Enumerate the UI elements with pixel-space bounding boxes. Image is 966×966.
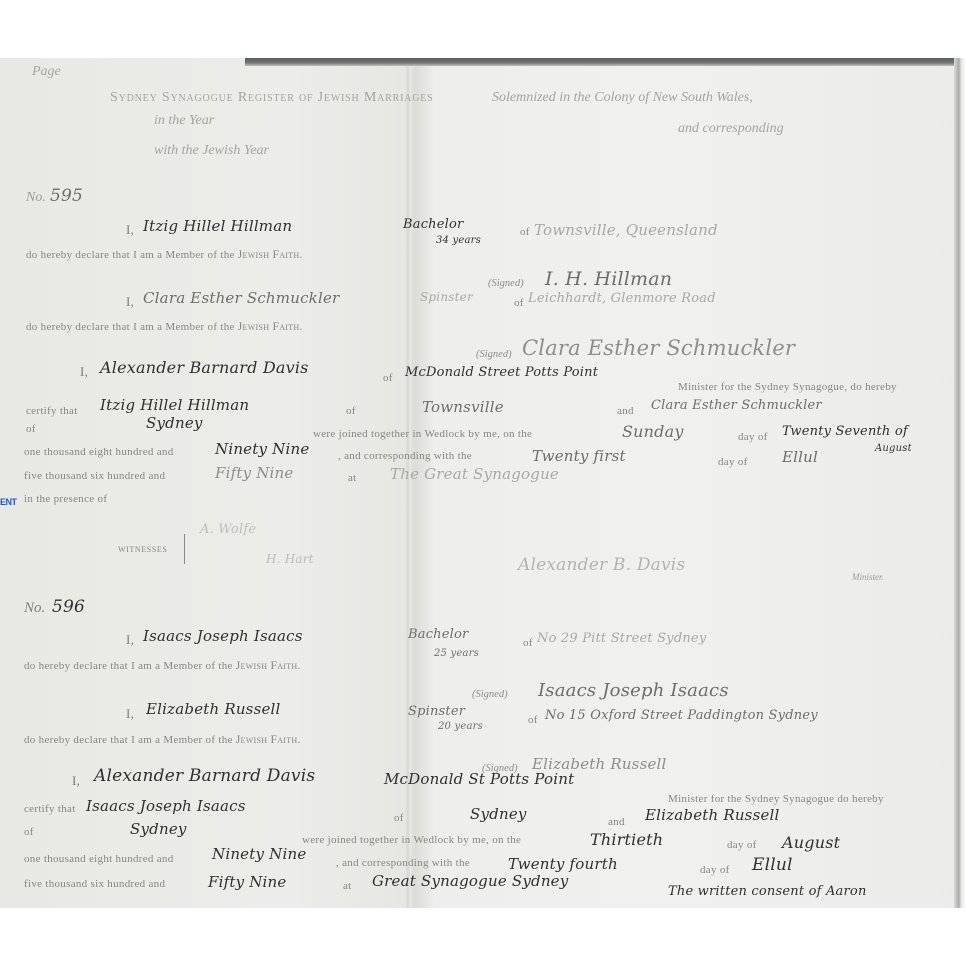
page-top-shadow bbox=[245, 58, 966, 66]
place: Great Synagogue Sydney bbox=[372, 872, 568, 890]
entry-number: 596 bbox=[52, 597, 85, 617]
jewish-year: Fifty Nine bbox=[215, 464, 294, 482]
of-label: of bbox=[394, 812, 404, 824]
of-label: of bbox=[26, 423, 36, 435]
i-prefix: I, bbox=[126, 632, 134, 648]
i-prefix: I, bbox=[126, 222, 134, 238]
of-label: of bbox=[528, 714, 538, 726]
i-prefix: I, bbox=[126, 706, 134, 722]
groom-age: 34 years bbox=[436, 235, 481, 246]
with-jewish-year-label: with the Jewish Year bbox=[154, 143, 269, 159]
in-the-year-label: in the Year bbox=[154, 113, 214, 129]
bride-residence: Leichhardt, Glenmore Road bbox=[528, 291, 716, 306]
of-label: of bbox=[24, 826, 34, 838]
groom-age: 25 years bbox=[434, 648, 479, 659]
of-label: of bbox=[520, 226, 530, 238]
of-label: of bbox=[346, 405, 356, 417]
of-label: of bbox=[523, 637, 533, 649]
bride-name: Elizabeth Russell bbox=[146, 700, 281, 718]
minister-name: Alexander Barnard Davis bbox=[100, 358, 309, 377]
groom-residence: Townsville, Queensland bbox=[534, 221, 718, 239]
groom-signature: I. H. Hillman bbox=[545, 268, 672, 290]
jewish-day: Twenty first bbox=[532, 447, 626, 465]
jewish-day: Twenty fourth bbox=[508, 855, 618, 873]
minister-signature: Alexander B. Davis bbox=[518, 555, 685, 575]
side-mark: ENT bbox=[0, 497, 17, 507]
declare-text: do hereby declare that I am a Member of … bbox=[24, 734, 301, 746]
witnesses-label: WITNESSES bbox=[118, 545, 167, 554]
page-right-edge bbox=[954, 58, 966, 908]
day-of-label: day of bbox=[700, 864, 730, 876]
entry-number: 595 bbox=[50, 186, 83, 206]
one-thousand-text: one thousand eight hundred and bbox=[24, 446, 174, 458]
i-prefix: I, bbox=[126, 294, 134, 310]
bride-name: Clara Esther Schmuckler bbox=[143, 289, 339, 307]
certify-groom-of: Townsville bbox=[422, 398, 504, 416]
page-label: Page bbox=[32, 64, 61, 80]
minister-name: Alexander Barnard Davis bbox=[94, 766, 315, 786]
certify-groom: Isaacs Joseph Isaacs bbox=[86, 797, 246, 815]
corresponding-text: , and corresponding with the bbox=[336, 857, 470, 869]
bride-status: Spinster bbox=[420, 290, 473, 304]
entry-number-label: No. bbox=[26, 190, 46, 206]
one-thousand-text: one thousand eight hundred and bbox=[24, 853, 174, 865]
jewish-year: Fifty Nine bbox=[208, 873, 287, 891]
groom-status: Bachelor bbox=[408, 627, 468, 642]
and-corresponding-label: and corresponding bbox=[678, 121, 784, 137]
declare-text: do hereby declare that I am a Member of … bbox=[26, 249, 303, 261]
certify-bride-of: Sydney bbox=[130, 820, 187, 838]
place: The Great Synagogue bbox=[390, 465, 559, 483]
i-prefix: I, bbox=[80, 364, 88, 380]
groom-status: Bachelor bbox=[403, 217, 463, 232]
joined-text: were joined together in Wedlock by me, o… bbox=[313, 428, 532, 440]
groom-name: Isaacs Joseph Isaacs bbox=[143, 627, 303, 645]
signed-label: (Signed) bbox=[488, 278, 524, 289]
certify-bride-of: Sydney bbox=[146, 414, 203, 432]
bride-age: 20 years bbox=[438, 721, 483, 732]
minister-address: McDonald St Potts Point bbox=[384, 770, 574, 788]
jewish-month: Ellul bbox=[782, 448, 818, 466]
bride-status: Spinster bbox=[408, 704, 465, 719]
civil-month: August bbox=[782, 833, 840, 852]
bride-residence: No 15 Oxford Street Paddington Sydney bbox=[545, 708, 818, 723]
witness-1: A. Wolfe bbox=[200, 522, 256, 537]
groom-residence: No 29 Pitt Street Sydney bbox=[537, 631, 706, 646]
at-label: at bbox=[343, 880, 352, 892]
certify-groom: Itzig Hillel Hillman bbox=[100, 396, 249, 414]
minister-address: McDonald Street Potts Point bbox=[405, 365, 598, 380]
joined-text: were joined together in Wedlock by me, o… bbox=[302, 834, 521, 846]
weekday: Sunday bbox=[622, 422, 684, 441]
register-title: Sydney Synagogue Register of Jewish Marr… bbox=[110, 90, 434, 106]
minister-for-text: Minister for the Sydney Synagogue do her… bbox=[668, 793, 884, 805]
minister-label: Minister. bbox=[852, 572, 884, 582]
certify-that-label: certify that bbox=[26, 405, 78, 417]
presence-text: in the presence of bbox=[24, 493, 107, 505]
of-label: of bbox=[514, 297, 524, 309]
certify-that-label: certify that bbox=[24, 803, 76, 815]
day-of-label: day of bbox=[727, 839, 757, 851]
civil-year: Ninety Nine bbox=[215, 440, 309, 458]
certify-bride: Clara Esther Schmuckler bbox=[651, 398, 822, 413]
entry-number-label: No. bbox=[24, 600, 45, 617]
and-label: and bbox=[617, 405, 634, 417]
and-label: and bbox=[608, 816, 625, 828]
certify-groom-of: Sydney bbox=[470, 805, 527, 823]
weekday: Thirtieth bbox=[590, 830, 663, 849]
declare-text: do hereby declare that I am a Member of … bbox=[24, 660, 301, 672]
day-of-label: day of bbox=[718, 456, 748, 468]
bride-signature: Clara Esther Schmuckler bbox=[522, 336, 795, 360]
of-label: of bbox=[383, 372, 393, 384]
civil-day: Twenty Seventh of bbox=[782, 424, 908, 439]
civil-month: August bbox=[875, 443, 912, 454]
minister-for-text: Minister for the Sydney Synagogue, do he… bbox=[678, 381, 897, 393]
groom-name: Itzig Hillel Hillman bbox=[143, 217, 292, 235]
corresponding-text: , and corresponding with the bbox=[338, 450, 472, 462]
signed-label: (Signed) bbox=[472, 689, 508, 700]
declare-text: do hereby declare that I am a Member of … bbox=[26, 321, 303, 333]
i-prefix: I, bbox=[72, 773, 80, 789]
groom-signature: Isaacs Joseph Isaacs bbox=[538, 680, 729, 701]
jewish-month: Ellul bbox=[752, 855, 793, 875]
five-thousand-text: five thousand six hundred and bbox=[24, 878, 165, 890]
signed-label: (Signed) bbox=[476, 349, 512, 360]
civil-year: Ninety Nine bbox=[212, 845, 306, 863]
day-of-label: day of bbox=[738, 431, 768, 443]
consent-note: The written consent of Aaron bbox=[668, 884, 867, 899]
five-thousand-text: five thousand six hundred and bbox=[24, 470, 165, 482]
witness-2: H. Hart bbox=[266, 552, 314, 566]
register-title-italic: Solemnized in the Colony of New South Wa… bbox=[492, 90, 753, 106]
at-label: at bbox=[348, 472, 357, 484]
certify-bride: Elizabeth Russell bbox=[645, 806, 780, 824]
witness-brace bbox=[184, 534, 185, 564]
